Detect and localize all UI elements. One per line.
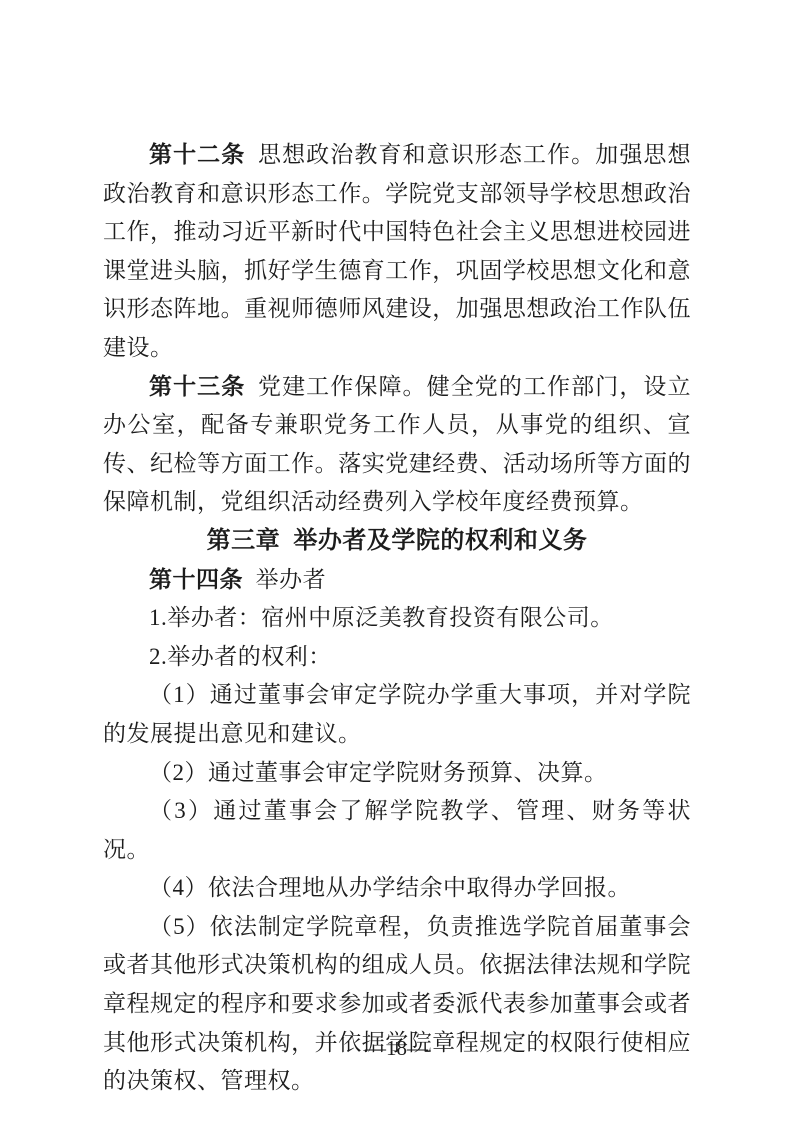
page-number: —18— [0,1036,793,1060]
article-14-label: 第十四条 [149,567,243,592]
article-12-paragraph: 第十二条思想政治教育和意识形态工作。加强思想政治教育和意识形态工作。学院党支部领… [103,136,691,368]
list-item-1: 1.举办者：宿州中原泛美教育投资有限公司。 [103,599,691,638]
list-item-sub-2: （2）通过董事会审定学院财务预算、决算。 [103,754,691,793]
article-14-text: 举办者 [256,567,327,592]
document-page: 第十二条思想政治教育和意识形态工作。加强思想政治教育和意识形态工作。学院党支部领… [0,0,793,1122]
article-12-label: 第十二条 [149,142,245,167]
list-item-sub-5: （5）依法制定学院章程，负责推选学院首届董事会或者其他形式决策机构的组成人员。依… [103,908,691,1101]
article-13-paragraph: 第十三条党建工作保障。健全党的工作部门，设立办公室，配备专兼职党务工作人员，从事… [103,368,691,522]
document-body: 第十二条思想政治教育和意识形态工作。加强思想政治教育和意识形态工作。学院党支部领… [103,136,691,1101]
article-13-label: 第十三条 [149,374,245,399]
list-item-sub-3: （3）通过董事会了解学院教学、管理、财务等状况。 [103,792,691,869]
article-14-paragraph: 第十四条举办者 [103,561,691,600]
list-item-sub-4: （4）依法合理地从办学结余中取得办学回报。 [103,869,691,908]
chapter-3-number: 第三章 [207,527,281,554]
list-item-2: 2.举办者的权利： [103,638,691,677]
chapter-3-title: 举办者及学院的权利和义务 [293,527,587,554]
list-item-sub-1: （1）通过董事会审定学院办学重大事项，并对学院的发展提出意见和建议。 [103,676,691,753]
article-12-text: 思想政治教育和意识形态工作。加强思想政治教育和意识形态工作。学院党支部领导学校思… [103,142,691,360]
chapter-3-heading: 第三章举办者及学院的权利和义务 [103,522,691,561]
